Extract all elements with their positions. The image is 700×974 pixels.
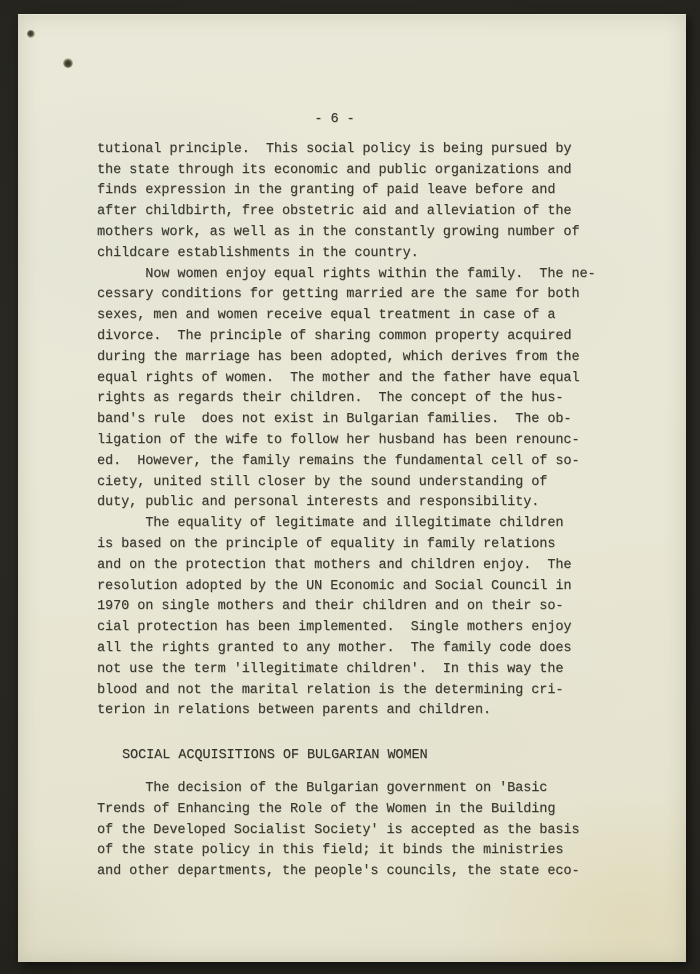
text-line: The equality of legitimate and illegitim…	[97, 514, 600, 535]
text-line: ciety, united still closer by the sound …	[97, 473, 600, 494]
paragraph: tutional principle. This social policy i…	[97, 140, 600, 265]
text-line: childcare establishments in the country.	[97, 244, 600, 265]
text-line: The decision of the Bulgarian government…	[97, 779, 600, 800]
text-line: cessary conditions for getting married a…	[97, 285, 600, 306]
text-line: rights as regards their children. The co…	[97, 389, 600, 410]
text-line: mothers work, as well as in the constant…	[97, 223, 600, 244]
text-line: of the state policy in this field; it bi…	[97, 841, 600, 862]
page-content: - 6 - tutional principle. This social po…	[97, 110, 600, 883]
document-page: - 6 - tutional principle. This social po…	[18, 14, 686, 962]
text-line: tutional principle. This social policy i…	[97, 140, 600, 161]
text-line: 1970 on single mothers and their childre…	[97, 597, 600, 618]
text-line: and other departments, the people's coun…	[97, 862, 600, 883]
section-heading: SOCIAL ACQUISITIONS OF BULGARIAN WOMEN	[97, 746, 600, 767]
text-line: not use the term 'illegitimate children'…	[97, 660, 600, 681]
text-line: ligation of the wife to follow her husba…	[97, 431, 600, 452]
text-line: is based on the principle of equality in…	[97, 535, 600, 556]
paragraph: Now women enjoy equal rights within the …	[97, 265, 600, 515]
text-line: sexes, men and women receive equal treat…	[97, 306, 600, 327]
text-line: Trends of Enhancing the Role of the Wome…	[97, 800, 600, 821]
text-line: resolution adopted by the UN Economic an…	[97, 577, 600, 598]
text-line: equal rights of women. The mother and th…	[97, 369, 600, 390]
text-line: divorce. The principle of sharing common…	[97, 327, 600, 348]
paragraph: The decision of the Bulgarian government…	[97, 779, 600, 883]
scan-background: - 6 - tutional principle. This social po…	[0, 0, 700, 974]
text-line: of the Developed Socialist Society' is a…	[97, 821, 600, 842]
text-line: after childbirth, free obstetric aid and…	[97, 202, 600, 223]
text-line: ed. However, the family remains the fund…	[97, 452, 600, 473]
text-line: finds expression in the granting of paid…	[97, 181, 600, 202]
page-number: - 6 -	[83, 110, 586, 131]
text-line: Now women enjoy equal rights within the …	[97, 265, 600, 286]
text-line: band's rule does not exist in Bulgarian …	[97, 410, 600, 431]
paragraph: The equality of legitimate and illegitim…	[97, 514, 600, 722]
paper-speck	[63, 58, 73, 68]
text-line: all the rights granted to any mother. Th…	[97, 639, 600, 660]
text-line: and on the protection that mothers and c…	[97, 556, 600, 577]
page-body: tutional principle. This social policy i…	[97, 140, 600, 883]
text-line: terion in relations between parents and …	[97, 701, 600, 722]
text-line: SOCIAL ACQUISITIONS OF BULGARIAN WOMEN	[122, 746, 600, 767]
text-line: blood and not the marital relation is th…	[97, 681, 600, 702]
paper-speck	[27, 30, 35, 38]
text-line: the state through its economic and publi…	[97, 161, 600, 182]
text-line: during the marriage has been adopted, wh…	[97, 348, 600, 369]
text-line: cial protection has been implemented. Si…	[97, 618, 600, 639]
text-line: duty, public and personal interests and …	[97, 493, 600, 514]
